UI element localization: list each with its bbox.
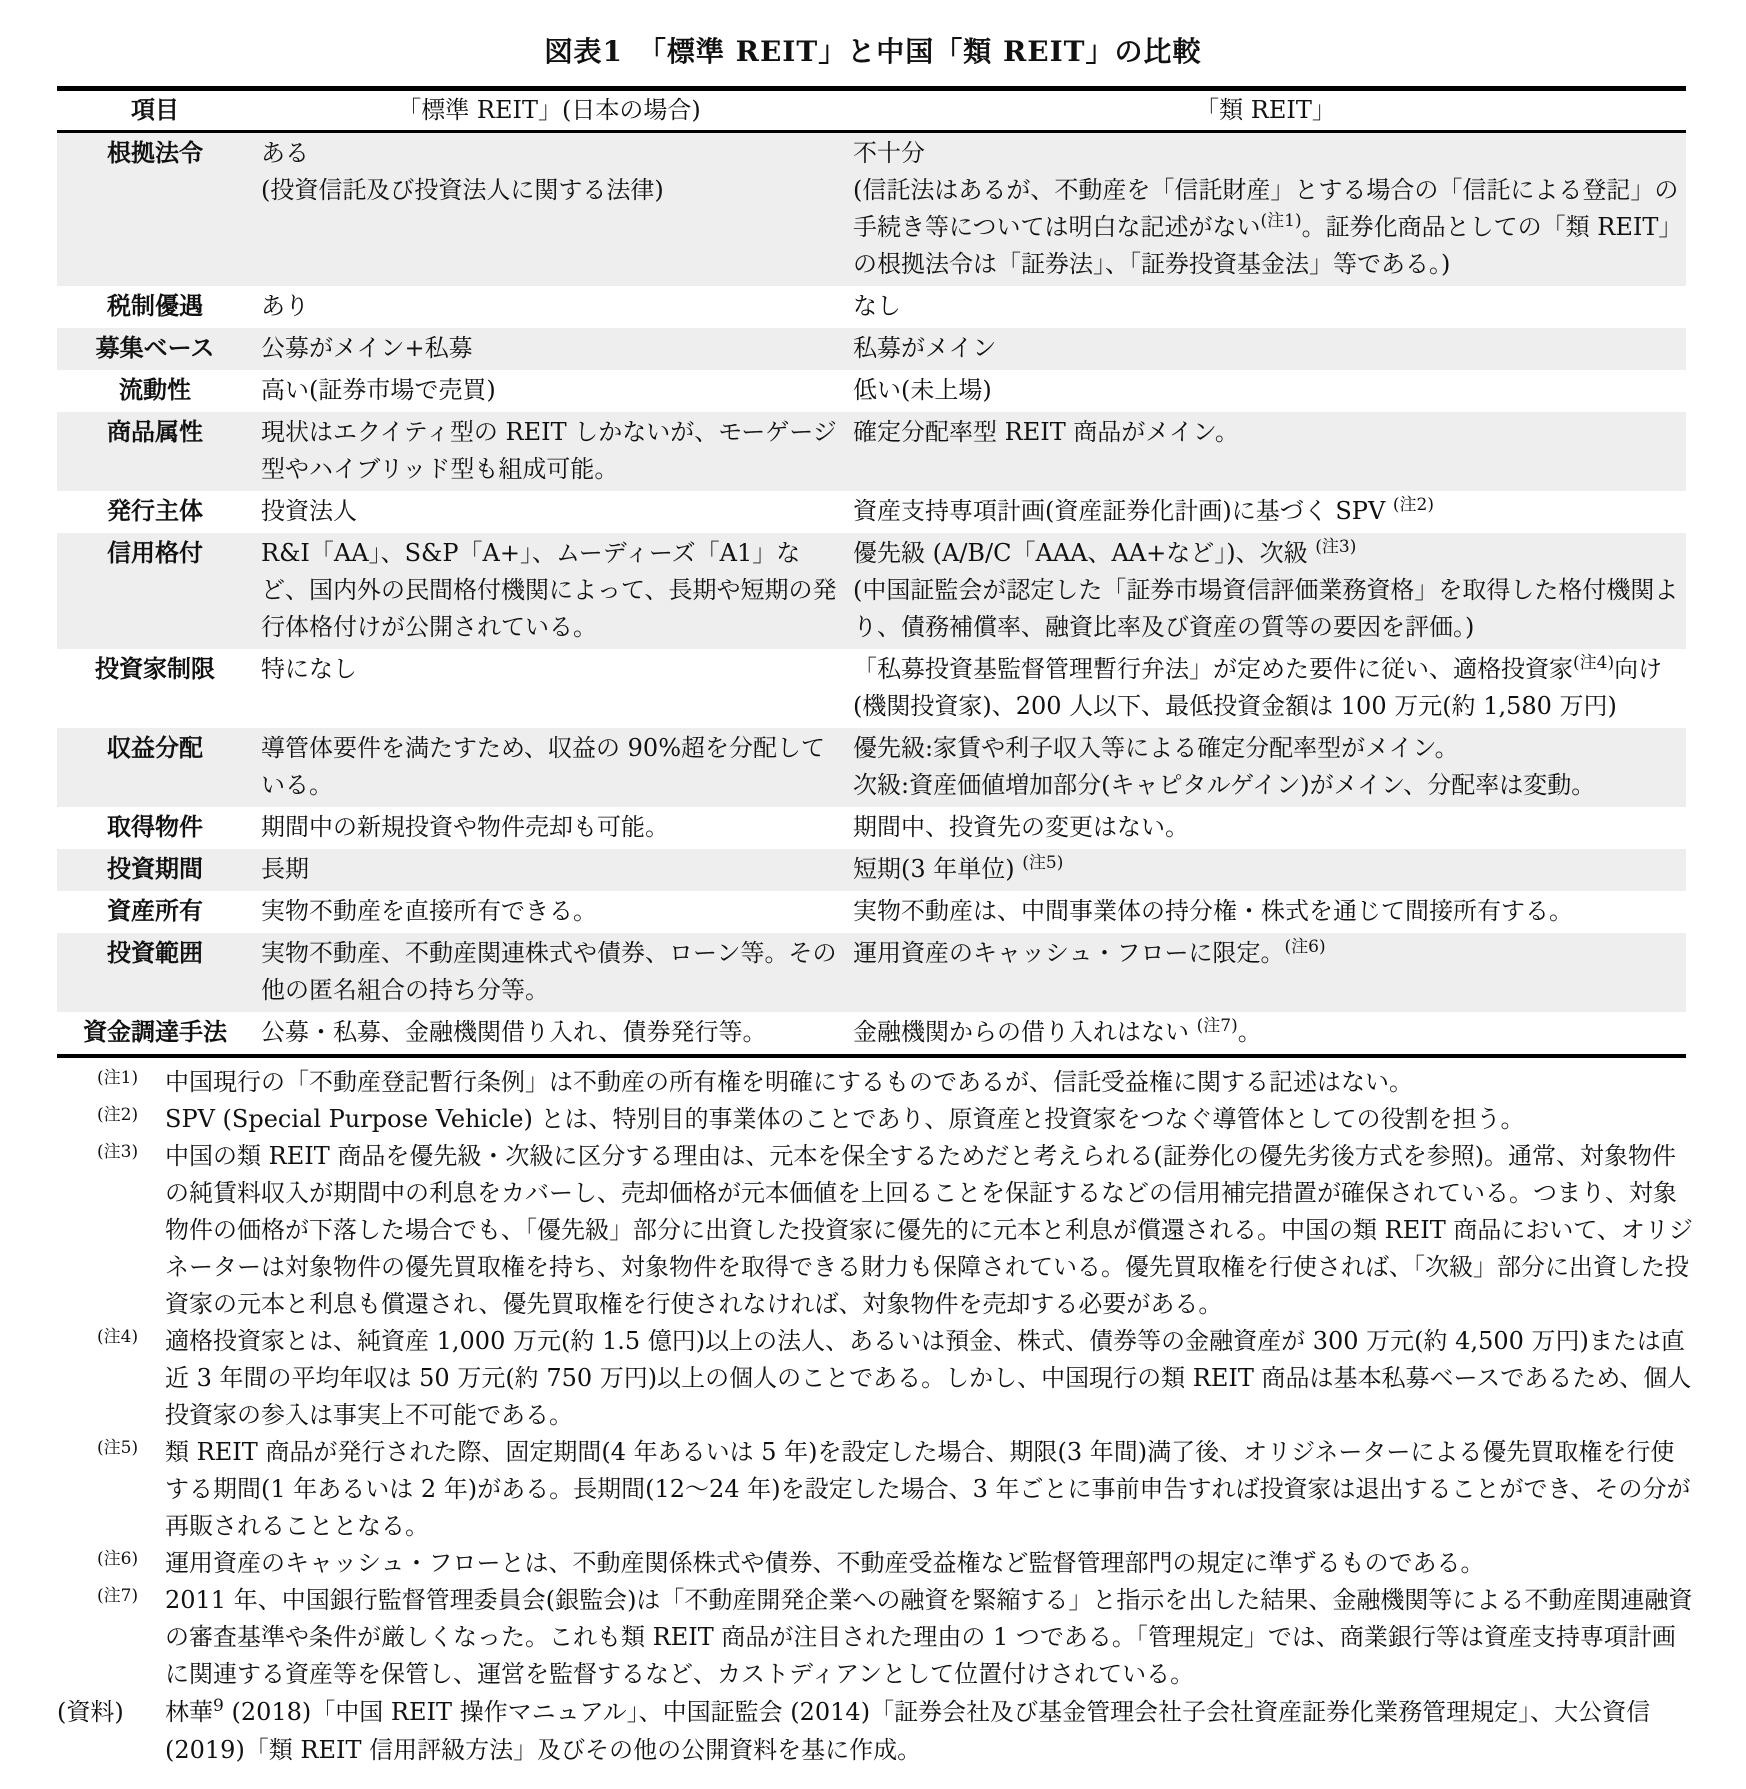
row-item-label: 投資期間 <box>57 849 253 891</box>
comparison-table: 項目 「標準 REIT」(日本の場合) 「類 REIT」 根拠法令 ある(投資信… <box>57 86 1686 1058</box>
header-quasi-reit: 「類 REIT」 <box>845 91 1686 130</box>
cell-quasi-reit: 資産支持専項計画(資産証券化計画)に基づく SPV (注2) <box>845 491 1686 533</box>
footnote-text: 中国の類 REIT 商品を優先級・次級に区分する理由は、元本を保全するためだと考… <box>165 1142 1693 1318</box>
footnote-text: 中国現行の「不動産登記暫行条例」は不動産の所有権を明確にするものであるが、信託受… <box>165 1068 1413 1096</box>
table-row: 収益分配 導管体要件を満たすため、収益の 90%超を分配している。 優先級:家賃… <box>57 728 1686 807</box>
header-standard-reit: 「標準 REIT」(日本の場合) <box>253 91 845 130</box>
table-row: 商品属性 現状はエクイティ型の REIT しかないが、モーゲージ型やハイブリッド… <box>57 412 1686 491</box>
footnote-text: 類 REIT 商品が発行された際、固定期間(4 年あるいは 5 年)を設定した場… <box>165 1438 1691 1540</box>
table-row: 信用格付 R&I「AA」、S&P「A+」、ムーディーズ「A1」など、国内外の民間… <box>57 533 1686 649</box>
footnote-label: (注1) <box>97 1060 138 1097</box>
cell-quasi-reit: 期間中、投資先の変更はない。 <box>845 807 1686 849</box>
footnotes: (注1) 中国現行の「不動産登記暫行条例」は不動産の所有権を明確にするものである… <box>57 1064 1694 1693</box>
cell-standard-reit: 期間中の新規投資や物件売却も可能。 <box>253 807 845 849</box>
footnote-text: 2011 年、中国銀行監督管理委員会(銀監会)は「不動産開発企業への融資を緊縮す… <box>165 1586 1692 1688</box>
footnote: (注5) 類 REIT 商品が発行された際、固定期間(4 年あるいは 5 年)を… <box>57 1434 1694 1545</box>
row-item-label: 投資家制限 <box>57 649 253 728</box>
table-row: 資産所有 実物不動産を直接所有できる。 実物不動産は、中間事業体の持分権・株式を… <box>57 891 1686 933</box>
row-item-label: 発行主体 <box>57 491 253 533</box>
row-item-label: 取得物件 <box>57 807 253 849</box>
footnote: (注1) 中国現行の「不動産登記暫行条例」は不動産の所有権を明確にするものである… <box>57 1064 1694 1101</box>
table-row: 資金調達手法 公募・私募、金融機関借り入れ、債券発行等。 金融機関からの借り入れ… <box>57 1012 1686 1054</box>
table-row: 投資範囲 実物不動産、不動産関連株式や債券、ローン等。その他の匿名組合の持ち分等… <box>57 933 1686 1012</box>
cell-quasi-reit: 優先級 (A/B/C「AAA、AA+など」)、次級 (注3)(中国証監会が認定し… <box>845 533 1686 649</box>
source-text: 林華9 (2018)「中国 REIT 操作マニュアル」、中国証監会 (2014)… <box>165 1698 1650 1764</box>
cell-standard-reit: R&I「AA」、S&P「A+」、ムーディーズ「A1」など、国内外の民間格付機関に… <box>253 533 845 649</box>
cell-standard-reit: あり <box>253 286 845 328</box>
row-item-label: 投資範囲 <box>57 933 253 1012</box>
table-row: 発行主体 投資法人 資産支持専項計画(資産証券化計画)に基づく SPV (注2) <box>57 491 1686 533</box>
cell-quasi-reit: 不十分(信託法はあるが、不動産を「信託財産」とする場合の「信託による登記」の手続… <box>845 133 1686 286</box>
cell-quasi-reit: 私募がメイン <box>845 328 1686 370</box>
row-item-label: 商品属性 <box>57 412 253 491</box>
table-row: 税制優遇 あり なし <box>57 286 1686 328</box>
cell-standard-reit: 現状はエクイティ型の REIT しかないが、モーゲージ型やハイブリッド型も組成可… <box>253 412 845 491</box>
cell-quasi-reit: 確定分配率型 REIT 商品がメイン。 <box>845 412 1686 491</box>
cell-standard-reit: 実物不動産、不動産関連株式や債券、ローン等。その他の匿名組合の持ち分等。 <box>253 933 845 1012</box>
footnote: (注4) 適格投資家とは、純資産 1,000 万元(約 1.5 億円)以上の法人… <box>57 1323 1694 1434</box>
footnote: (注7) 2011 年、中国銀行監督管理委員会(銀監会)は「不動産開発企業への融… <box>57 1582 1694 1693</box>
table-row: 根拠法令 ある(投資信託及び投資法人に関する法律) 不十分(信託法はあるが、不動… <box>57 133 1686 286</box>
header-item: 項目 <box>57 91 253 130</box>
footnote: (注6) 運用資産のキャッシュ・フローとは、不動産関係株式や債券、不動産受益権な… <box>57 1545 1694 1582</box>
footnote: (注2) SPV (Special Purpose Vehicle) とは、特別… <box>57 1101 1694 1138</box>
cell-quasi-reit: 短期(3 年単位) (注5) <box>845 849 1686 891</box>
cell-standard-reit: 実物不動産を直接所有できる。 <box>253 891 845 933</box>
cell-standard-reit: 投資法人 <box>253 491 845 533</box>
footnote-text: SPV (Special Purpose Vehicle) とは、特別目的事業体… <box>165 1105 1524 1133</box>
table-row: 投資家制限 特になし 「私募投資基監督管理暫行弁法」が定めた要件に従い、適格投資… <box>57 649 1686 728</box>
cell-quasi-reit: 運用資産のキャッシュ・フローに限定。(注6) <box>845 933 1686 1012</box>
cell-quasi-reit: なし <box>845 286 1686 328</box>
cell-standard-reit: 公募がメイン+私募 <box>253 328 845 370</box>
table-row: 投資期間 長期 短期(3 年単位) (注5) <box>57 849 1686 891</box>
footnote: (注3) 中国の類 REIT 商品を優先級・次級に区分する理由は、元本を保全する… <box>57 1138 1694 1323</box>
cell-standard-reit: ある(投資信託及び投資法人に関する法律) <box>253 133 845 286</box>
cell-standard-reit: 長期 <box>253 849 845 891</box>
footnote-label: (注3) <box>97 1134 138 1171</box>
footnote-label: (注4) <box>97 1319 138 1356</box>
cell-quasi-reit: 金融機関からの借り入れはない (注7)。 <box>845 1012 1686 1054</box>
cell-standard-reit: 特になし <box>253 649 845 728</box>
row-item-label: 根拠法令 <box>57 133 253 286</box>
row-item-label: 信用格付 <box>57 533 253 649</box>
cell-quasi-reit: 実物不動産は、中間事業体の持分権・株式を通じて間接所有する。 <box>845 891 1686 933</box>
cell-quasi-reit: 優先級:家賃や利子収入等による確定分配率型がメイン。次級:資産価値増加部分(キャ… <box>845 728 1686 807</box>
document-page: 図表1 「標準 REIT」と中国「類 REIT」の比較 項目 「標準 REIT」… <box>0 0 1746 1769</box>
footnote-text: 適格投資家とは、純資産 1,000 万元(約 1.5 億円)以上の法人、あるいは… <box>165 1327 1691 1429</box>
footnote-label: (注5) <box>97 1430 138 1467</box>
table-rows: 根拠法令 ある(投資信託及び投資法人に関する法律) 不十分(信託法はあるが、不動… <box>57 133 1686 1054</box>
row-item-label: 税制優遇 <box>57 286 253 328</box>
cell-standard-reit: 導管体要件を満たすため、収益の 90%超を分配している。 <box>253 728 845 807</box>
source-label: (資料) <box>57 1693 124 1731</box>
table-row: 募集ベース 公募がメイン+私募 私募がメイン <box>57 328 1686 370</box>
row-item-label: 資金調達手法 <box>57 1012 253 1054</box>
row-item-label: 流動性 <box>57 370 253 412</box>
page-title: 図表1 「標準 REIT」と中国「類 REIT」の比較 <box>0 30 1746 70</box>
row-item-label: 資産所有 <box>57 891 253 933</box>
cell-quasi-reit: 低い(未上場) <box>845 370 1686 412</box>
table-row: 取得物件 期間中の新規投資や物件売却も可能。 期間中、投資先の変更はない。 <box>57 807 1686 849</box>
row-item-label: 募集ベース <box>57 328 253 370</box>
table-header-row: 項目 「標準 REIT」(日本の場合) 「類 REIT」 <box>57 91 1686 133</box>
footnote-label: (注6) <box>97 1541 138 1578</box>
row-item-label: 収益分配 <box>57 728 253 807</box>
cell-standard-reit: 公募・私募、金融機関借り入れ、債券発行等。 <box>253 1012 845 1054</box>
table-row: 流動性 高い(証券市場で売買) 低い(未上場) <box>57 370 1686 412</box>
footnote-text: 運用資産のキャッシュ・フローとは、不動産関係株式や債券、不動産受益権など監督管理… <box>165 1549 1485 1577</box>
footnote-label: (注7) <box>97 1578 138 1615</box>
footnote-label: (注2) <box>97 1097 138 1134</box>
cell-quasi-reit: 「私募投資基監督管理暫行弁法」が定めた要件に従い、適格投資家(注4)向け(機関投… <box>845 649 1686 728</box>
source-line: (資料) 林華9 (2018)「中国 REIT 操作マニュアル」、中国証監会 (… <box>57 1693 1694 1769</box>
cell-standard-reit: 高い(証券市場で売買) <box>253 370 845 412</box>
